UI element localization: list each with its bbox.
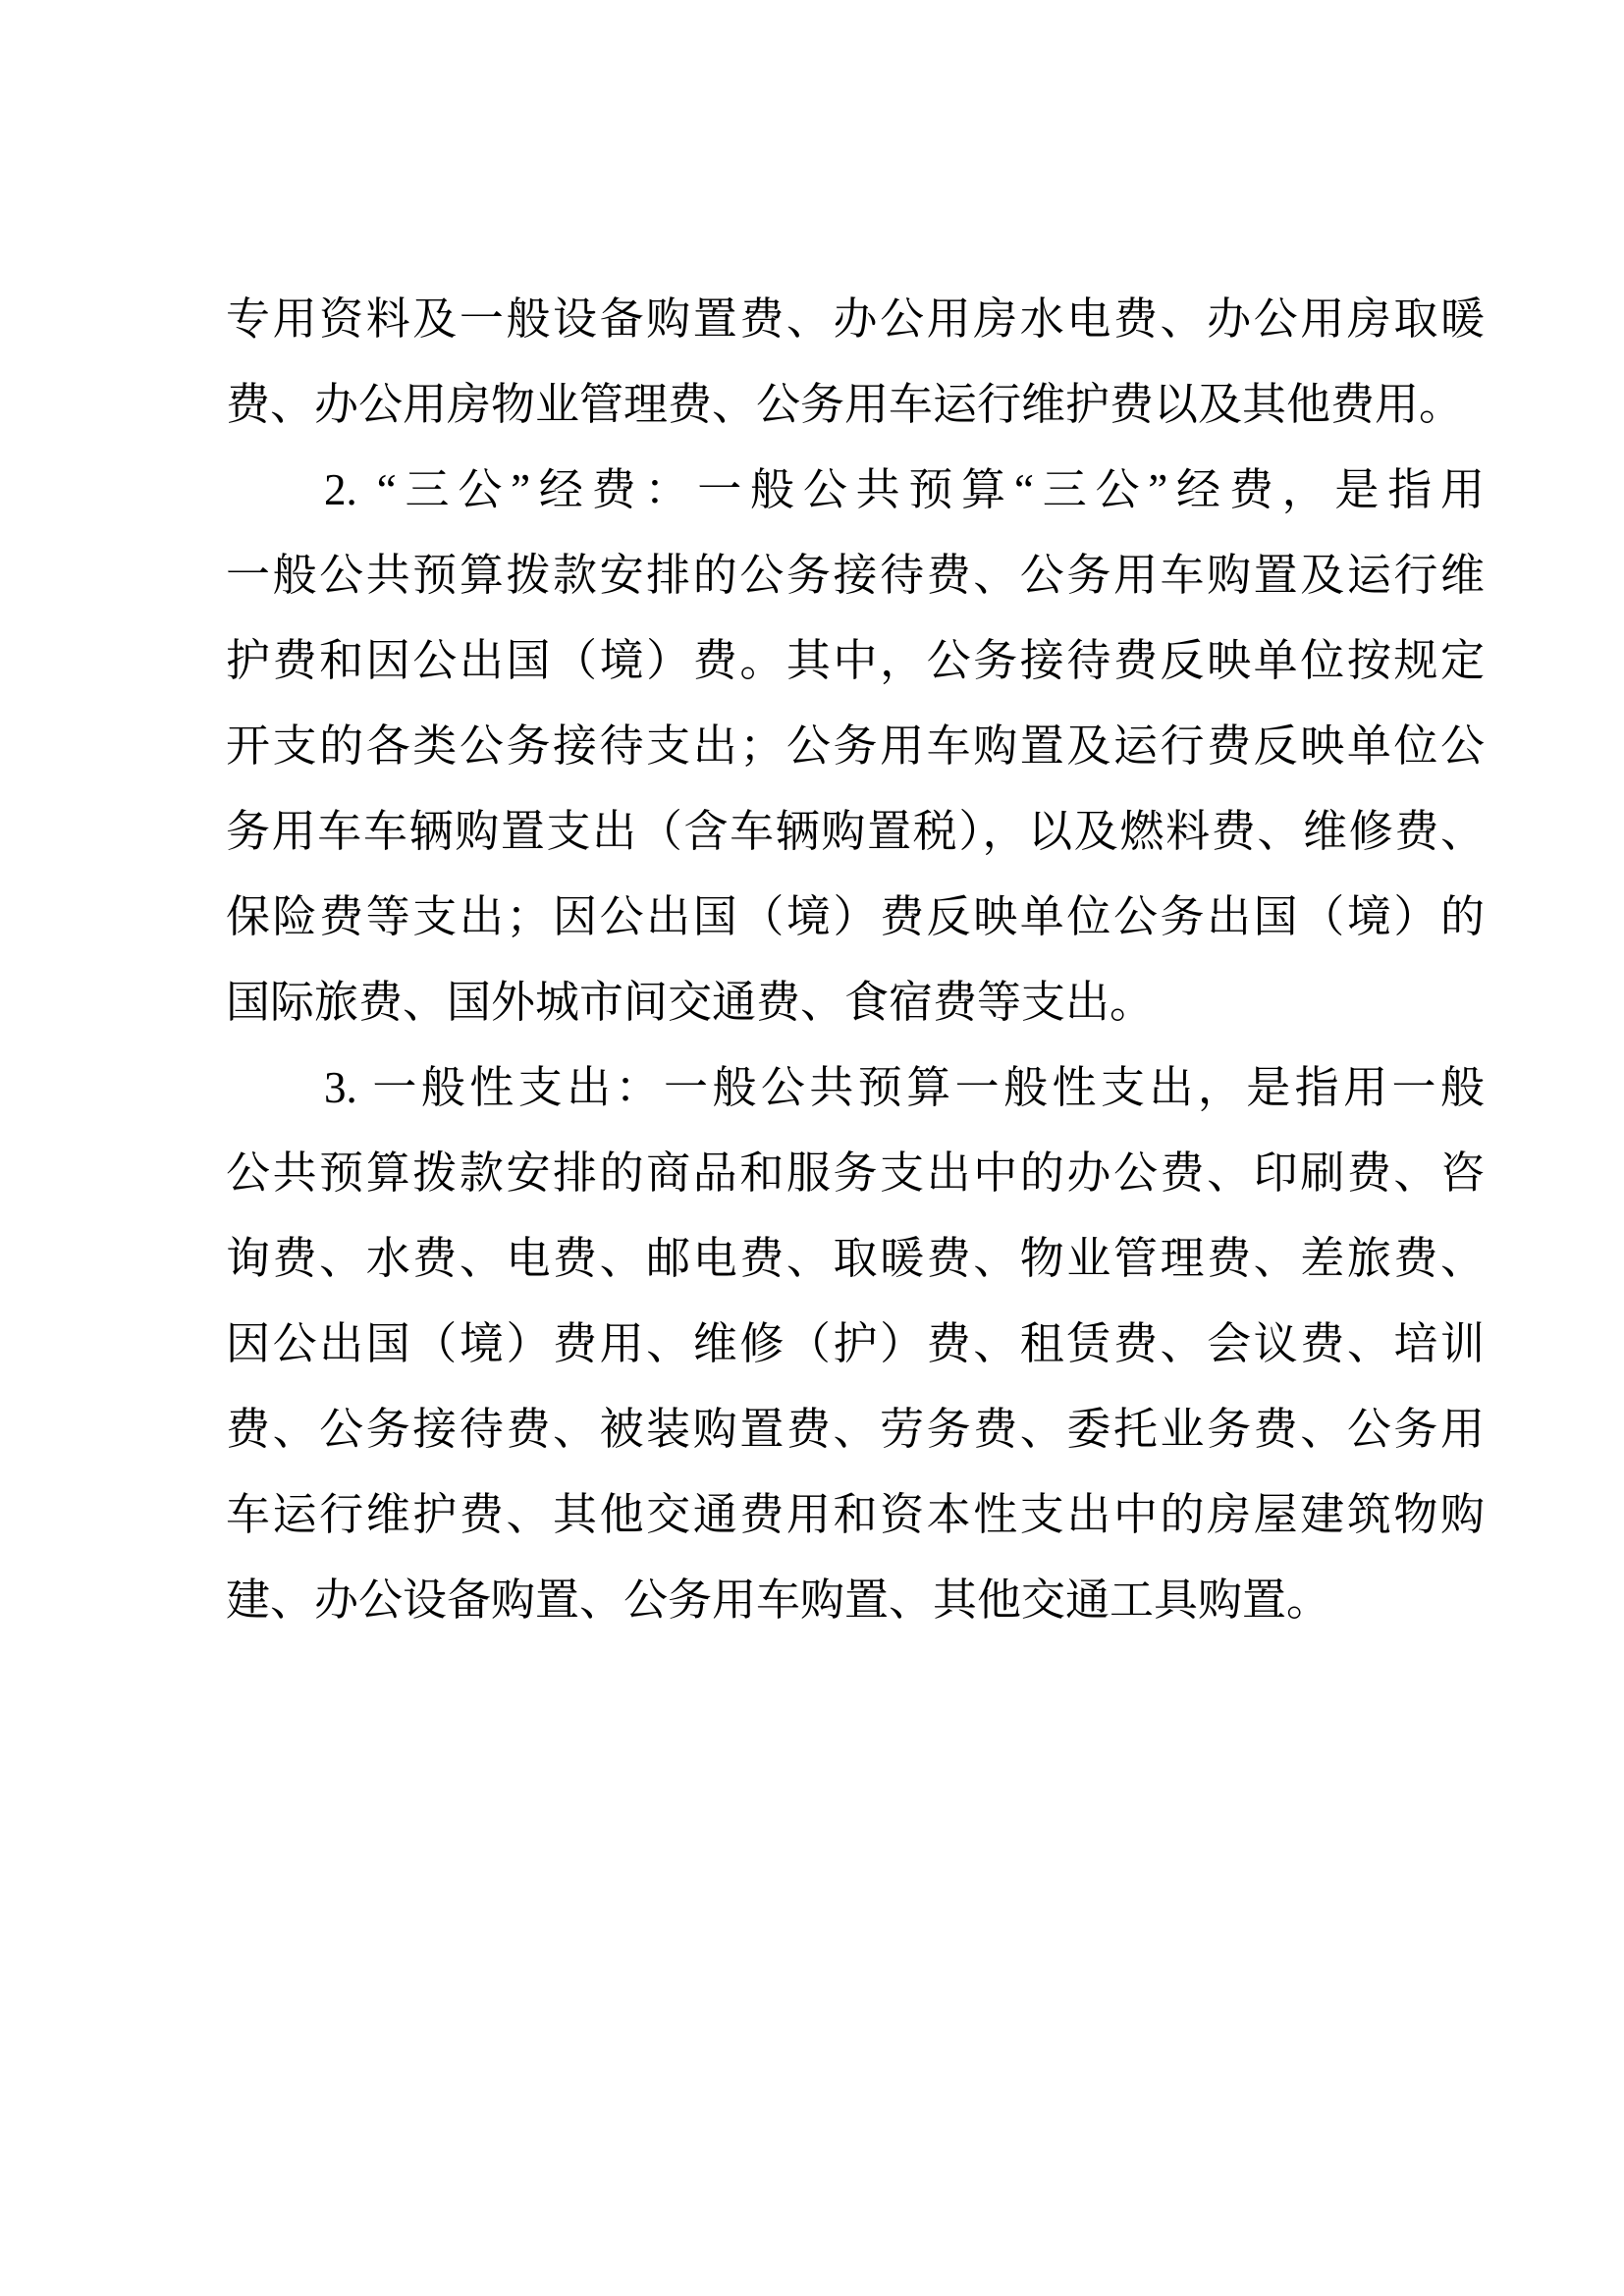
text-line-3: 2. “三公”经费：一般公共预算“三公”经费，是指用 [226, 448, 1485, 533]
document-page: 专用资料及一般设备购置费、办公用房水电费、办公用房取暖 费、办公用房物业管理费、… [0, 0, 1624, 2296]
text-line-5: 护费和因公出国（境）费。其中，公务接待费反映单位按规定 [226, 618, 1485, 704]
text-line-4: 一般公共预算拨款安排的公务接待费、公务用车购置及运行维 [226, 533, 1485, 618]
text-line-1: 专用资料及一般设备购置费、办公用房水电费、办公用房取暖 [226, 277, 1485, 362]
text-line-11: 公共预算拨款安排的商品和服务支出中的办公费、印刷费、咨 [226, 1131, 1485, 1216]
text-line-13: 因公出国（境）费用、维修（护）费、租赁费、会议费、培训 [226, 1302, 1485, 1387]
text-line-2: 费、办公用房物业管理费、公务用车运行维护费以及其他费用。 [226, 362, 1485, 448]
text-line-16: 建、办公设备购置、公务用车购置、其他交通工具购置。 [226, 1558, 1485, 1643]
document-body: 专用资料及一般设备购置费、办公用房水电费、办公用房取暖 费、办公用房物业管理费、… [226, 277, 1485, 1643]
text-line-15: 车运行维护费、其他交通费用和资本性支出中的房屋建筑物购 [226, 1472, 1485, 1558]
text-line-14: 费、公务接待费、被装购置费、劳务费、委托业务费、公务用 [226, 1387, 1485, 1472]
text-line-9: 国际旅费、国外城市间交通费、食宿费等支出。 [226, 960, 1485, 1045]
text-line-7: 务用车车辆购置支出（含车辆购置税），以及燃料费、维修费、 [226, 789, 1485, 875]
text-line-6: 开支的各类公务接待支出；公务用车购置及运行费反映单位公 [226, 704, 1485, 789]
text-line-8: 保险费等支出；因公出国（境）费反映单位公务出国（境）的 [226, 875, 1485, 960]
text-line-12: 询费、水费、电费、邮电费、取暖费、物业管理费、差旅费、 [226, 1216, 1485, 1302]
text-line-10: 3. 一般性支出：一般公共预算一般性支出，是指用一般 [226, 1045, 1485, 1131]
